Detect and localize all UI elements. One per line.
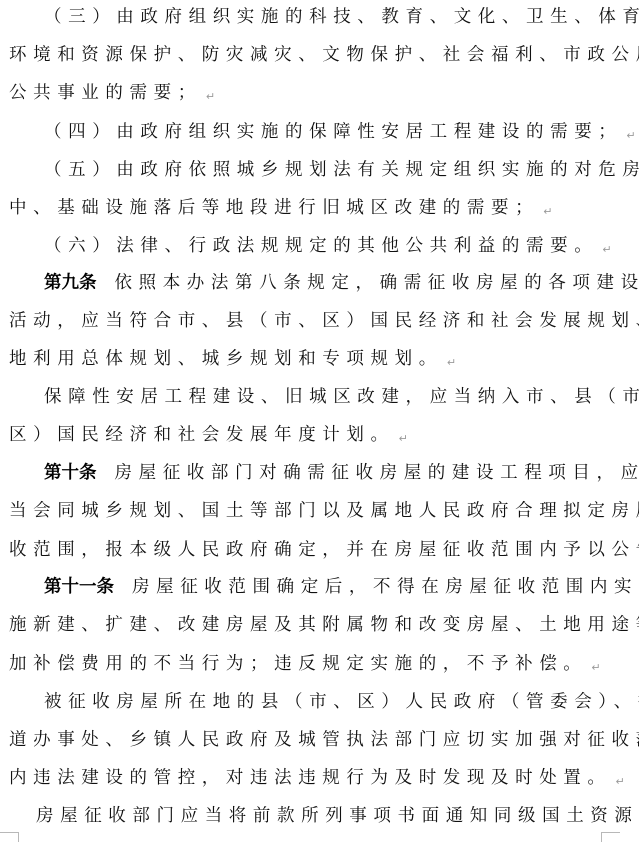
- line-text: （三）由政府组织实施的科技、教育、文化、卫生、体育、: [44, 7, 639, 27]
- text-line: 加补偿费用的不当行为；违反规定实施的，不予补偿。↵: [9, 649, 489, 679]
- line-text: 依照本办法第八条规定，确需征收房屋的各项建设: [115, 273, 639, 293]
- line-text: （六）法律、行政法规规定的其他公共利益的需要。: [44, 236, 598, 256]
- text-line: （四）由政府组织实施的保障性安居工程建设的需要；↵: [44, 117, 524, 147]
- text-line: 区）国民经济和社会发展年度计划。↵: [9, 420, 489, 450]
- article-line: 第九条依照本办法第八条规定，确需征收房屋的各项建设: [44, 268, 524, 298]
- line-text: 地利用总体规划、城乡规划和专项规划。: [9, 349, 443, 369]
- line-text: 中、基础设施落后等地段进行旧城区改建的需要；: [9, 198, 539, 218]
- line-text: 房屋征收部门对确需征收房屋的建设工程项目，应: [115, 463, 639, 483]
- line-text: 收范围，报本级人民政府确定，并在房屋征收范围内予以公告。: [9, 540, 639, 560]
- text-line: 当会同城乡规划、国土等部门以及属地人民政府合理拟定房屋征: [9, 496, 489, 526]
- paragraph-mark-icon: ↵: [616, 775, 625, 788]
- line-text: 保障性安居工程建设、旧城区改建，应当纳入市、县（市、: [44, 387, 639, 407]
- document-page: （三）由政府组织实施的科技、教育、文化、卫生、体育、 环境和资源保护、防灾减灾、…: [0, 0, 639, 842]
- text-line: 环境和资源保护、防灾减灾、文物保护、社会福利、市政公用等: [9, 40, 489, 70]
- paragraph-mark-icon: ↵: [447, 356, 456, 369]
- article-heading: 第十条: [44, 463, 97, 483]
- text-line: 施新建、扩建、改建房屋及其附属物和改变房屋、土地用途等增: [9, 610, 489, 640]
- line-text: 施新建、扩建、改建房屋及其附属物和改变房屋、土地用途等增: [9, 615, 639, 635]
- article-heading: 第十一条: [44, 577, 114, 597]
- text-line: （六）法律、行政法规规定的其他公共利益的需要。↵: [44, 231, 524, 261]
- text-line: （三）由政府组织实施的科技、教育、文化、卫生、体育、: [44, 2, 524, 32]
- article-heading: 第九条: [44, 273, 97, 293]
- text-line: 公共事业的需要；↵: [9, 78, 489, 108]
- line-text: 活动，应当符合市、县（市、区）国民经济和社会发展规划、土: [9, 311, 639, 331]
- text-line: 保障性安居工程建设、旧城区改建，应当纳入市、县（市、: [44, 382, 524, 412]
- line-text: 公共事业的需要；: [9, 83, 202, 103]
- paragraph-mark-icon: ↵: [206, 90, 215, 103]
- paragraph-mark-icon: ↵: [602, 243, 611, 256]
- text-line: （五）由政府依照城乡规划法有关规定组织实施的对危房集: [44, 155, 524, 185]
- line-text: 区）国民经济和社会发展年度计划。: [9, 425, 395, 445]
- text-line: 活动，应当符合市、县（市、区）国民经济和社会发展规划、土: [9, 306, 489, 336]
- line-text: 房屋征收范围确定后，不得在房屋征收范围内实: [132, 577, 638, 597]
- line-text: 环境和资源保护、防灾减灾、文物保护、社会福利、市政公用等: [9, 45, 639, 65]
- line-text: 当会同城乡规划、国土等部门以及属地人民政府合理拟定房屋征: [9, 501, 639, 521]
- line-text: 被征收房屋所在地的县（市、区）人民政府（管委会）、街: [44, 692, 639, 712]
- line-text: （五）由政府依照城乡规划法有关规定组织实施的对危房集: [44, 160, 639, 180]
- paragraph-mark-icon: ↵: [543, 205, 552, 218]
- paragraph-mark-icon: ↵: [399, 432, 408, 445]
- line-text: 加补偿费用的不当行为；违反规定实施的，不予补偿。: [9, 654, 587, 674]
- paragraph-mark-icon: ↵: [591, 661, 600, 674]
- article-line: 第十条房屋征收部门对确需征收房屋的建设工程项目，应: [44, 458, 524, 488]
- text-line: 道办事处、乡镇人民政府及城管执法部门应切实加强对征收范围: [9, 725, 489, 755]
- text-line: 收范围，报本级人民政府确定，并在房屋征收范围内予以公告。↵: [9, 535, 489, 565]
- margin-corner-marker: [0, 832, 19, 842]
- line-text: 道办事处、乡镇人民政府及城管执法部门应切实加强对征收范围: [9, 730, 639, 750]
- line-text: 内违法建设的管控，对违法违规行为及时发现及时处置。: [9, 768, 612, 788]
- margin-corner-marker: [601, 832, 620, 842]
- article-line: 第十一条房屋征收范围确定后，不得在房屋征收范围内实: [44, 572, 524, 602]
- text-line: 房屋征收部门应当将前款所列事项书面通知同级国土资源、城: [36, 801, 516, 831]
- text-line: 被征收房屋所在地的县（市、区）人民政府（管委会）、街: [44, 687, 524, 717]
- paragraph-mark-icon: ↵: [626, 129, 635, 142]
- line-text: （四）由政府组织实施的保障性安居工程建设的需要；: [44, 122, 622, 142]
- line-text: 房屋征收部门应当将前款所列事项书面通知同级国土资源、城: [36, 806, 639, 826]
- text-line: 内违法建设的管控，对违法违规行为及时发现及时处置。↵: [9, 763, 489, 793]
- text-line: 地利用总体规划、城乡规划和专项规划。↵: [9, 344, 489, 374]
- text-line: 中、基础设施落后等地段进行旧城区改建的需要；↵: [9, 193, 489, 223]
